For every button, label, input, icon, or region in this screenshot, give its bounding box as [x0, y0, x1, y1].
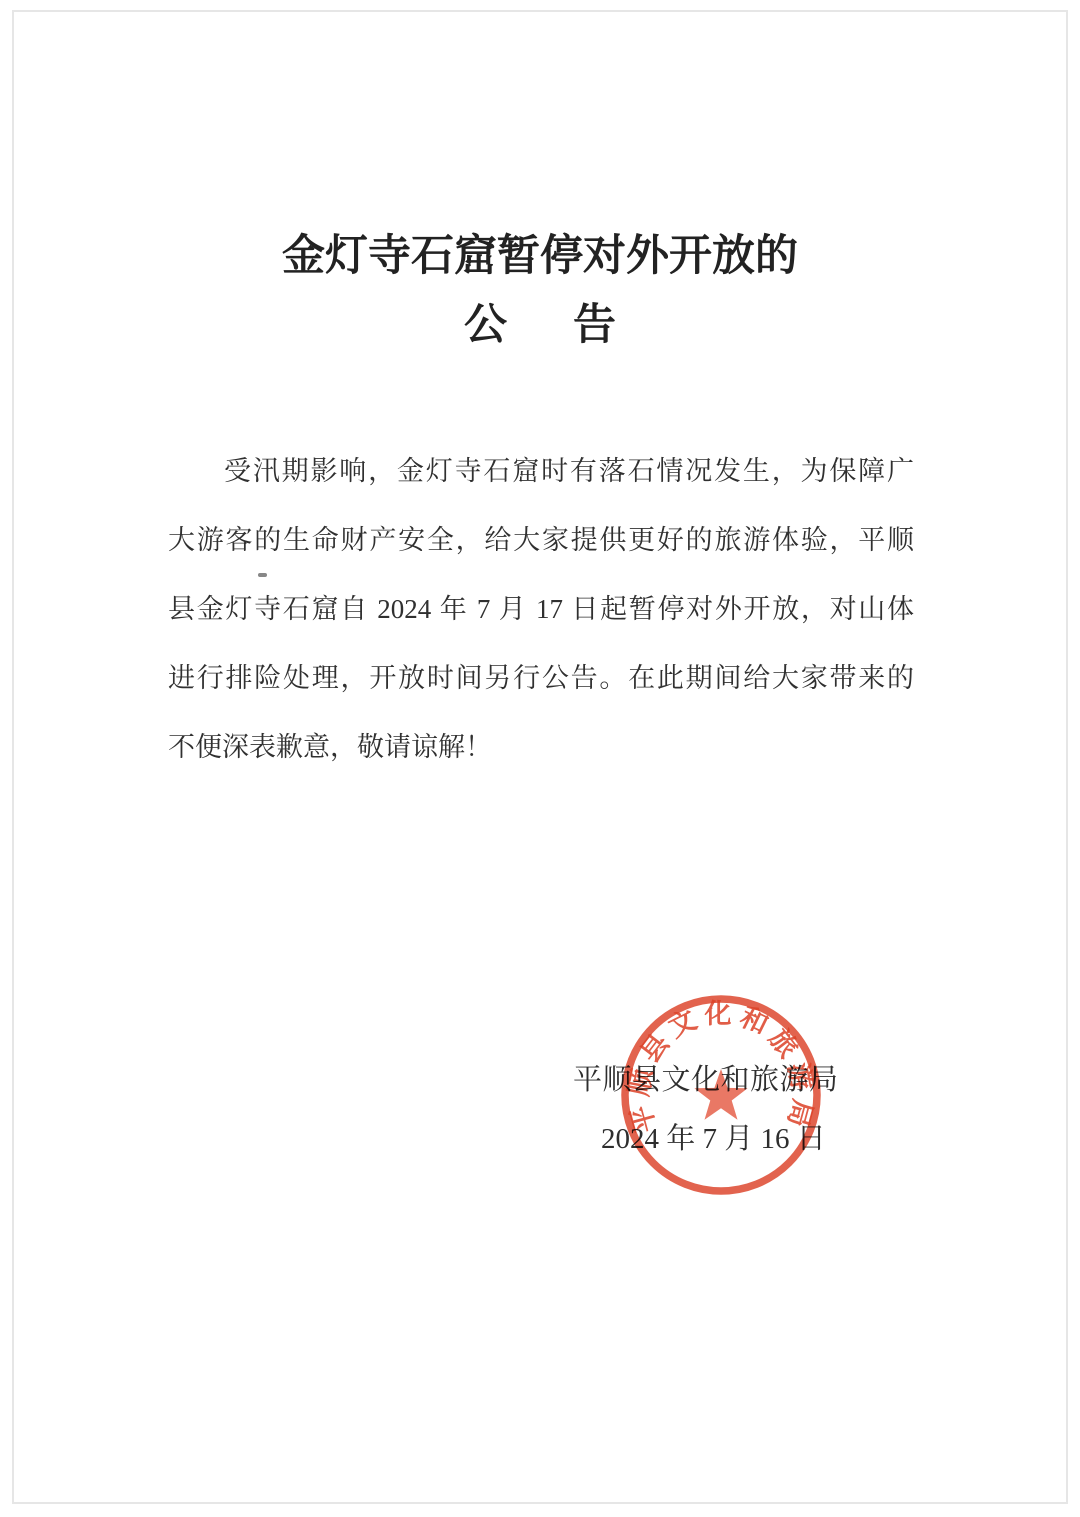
body-line: 县金灯寺石窟自 2024 年 7 月 17 日起暂停对外开放，对山体 [168, 575, 914, 644]
body-line: 受汛期影响，金灯寺石窟时有落石情况发生，为保障广 [168, 437, 914, 506]
notice-title-line1: 金灯寺石窟暂停对外开放的 [0, 222, 1080, 283]
svg-text:平顺县文化和旅游局: 平顺县文化和旅游局 [624, 998, 819, 1136]
notice-title-line2-char1: 公 [464, 291, 507, 352]
notice-title-line2-char2: 告 [573, 291, 616, 352]
body-line: 进行排险处理，开放时间另行公告。在此期间给大家带来的 [168, 644, 914, 713]
body-line: 大游客的生命财产安全，给大家提供更好的旅游体验，平顺 [168, 506, 914, 575]
notice-body: 受汛期影响，金灯寺石窟时有落石情况发生，为保障广 大游客的生命财产安全，给大家提… [168, 437, 914, 782]
seal-arc-text: 平顺县文化和旅游局 [624, 998, 819, 1136]
notice-page: { "document": { "title_line1": "金灯寺石窟暂停对… [0, 0, 1080, 1517]
body-line: 不便深表歉意，敬请谅解！ [168, 713, 914, 782]
notice-title-line2: 公 告 [0, 291, 1080, 352]
seal-star-icon [694, 1069, 747, 1120]
ink-speck [258, 573, 267, 577]
official-seal: 平顺县文化和旅游局 [611, 985, 831, 1205]
